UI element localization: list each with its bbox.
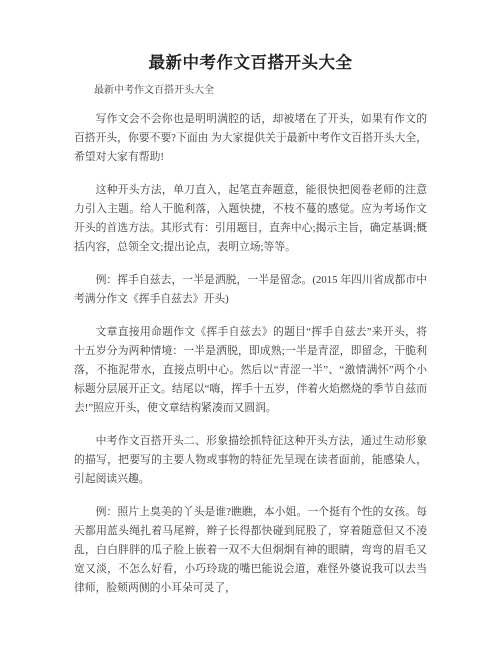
page-title: 最新中考作文百搭开头大全: [74, 50, 427, 76]
paragraph-intro: 写作文会不会你也是明明满腔的话，却被堵在了开头，如果有作文的百搭开头，你要不要?…: [74, 110, 427, 167]
paragraph-example-analysis: 文章直接用命题作文《挥手自兹去》的题目“挥手自兹去”来开头，将十五岁分为两种情境…: [74, 323, 427, 418]
paragraph-example-2: 例：照片上臭美的丫头是谁?瞧瞧，本小姐。一个挺有个性的女孩。每天都用蓝头绳扎着马…: [74, 503, 427, 598]
document-page: 最新中考作文百搭开头大全 最新中考作文百搭开头大全 写作文会不会你也是明明满腔的…: [0, 0, 500, 647]
subtitle: 最新中考作文百搭开头大全: [74, 83, 427, 98]
paragraph-method-description: 这种开头方法，单刀直入，起笔直奔题意，能很快把阅卷老师的注意力引入主题。给人干脆…: [74, 181, 427, 257]
paragraph-method-two: 中考作文百搭开头二、形象描绘抓特征这种开头方法，通过生动形象的描写，把要写的主要…: [74, 432, 427, 489]
paragraph-example-1: 例：挥手自兹去，一半是洒脱，一半是留念。(2015 年四川省成都市中考满分作文《…: [74, 271, 427, 309]
